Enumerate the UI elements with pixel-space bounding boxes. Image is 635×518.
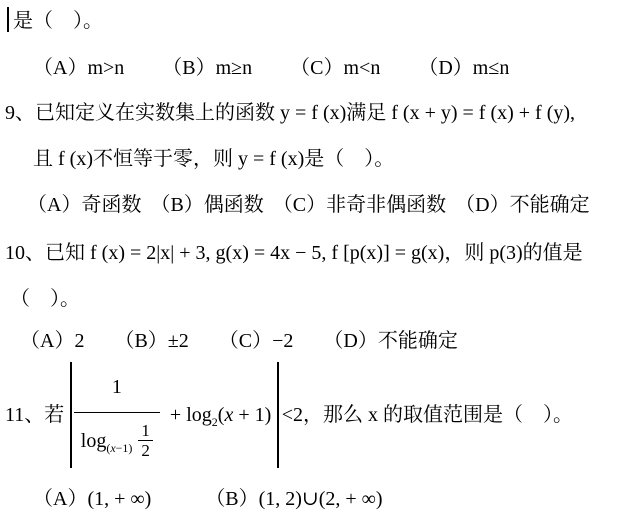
question10-options: （A）2 （B）±2 （C）−2 （D）不能确定 — [20, 328, 458, 354]
option-b: （B）±2 — [114, 328, 188, 354]
question11-formula-line: 11、若 1 log(x−1) 1 2 + log2(x + 1) <2，那么 … — [5, 362, 573, 468]
log-base-term: log(x−1) — [81, 428, 133, 454]
option-b: （B）偶函数 — [150, 192, 263, 218]
question8-options: （A）m>n （B）m≥n （C）m<n （D）m≤n — [33, 55, 509, 81]
question8-stem-end: 是（ ）。 — [13, 8, 103, 34]
fraction: 1 log(x−1) 1 2 — [74, 362, 160, 468]
option-c: （C）非奇非偶函数 — [273, 192, 446, 218]
nested-fraction: 1 2 — [138, 421, 153, 460]
option-a: （A）m>n — [33, 55, 124, 81]
question10-line2: （ ）。 — [10, 286, 80, 312]
option-c: （C）−2 — [219, 328, 294, 354]
fraction-denominator: log(x−1) 1 2 — [74, 412, 160, 468]
question11-prefix: 11、若 — [5, 402, 64, 428]
text-cursor — [7, 7, 9, 32]
option-d: （D）不能确定 — [455, 192, 589, 218]
option-a: （A）奇函数 — [27, 192, 141, 218]
option-d: （D）m≤n — [418, 55, 509, 81]
nested-fraction-numerator: 1 — [138, 421, 153, 440]
absolute-value-bar-right — [277, 362, 279, 468]
fraction-numerator: 1 — [74, 362, 160, 412]
nested-fraction-denominator: 2 — [138, 440, 153, 460]
option-a: （A）2 — [20, 328, 84, 354]
question9-options: （A）奇函数 （B）偶函数 （C）非奇非偶函数 （D）不能确定 — [27, 192, 590, 218]
option-a: （A）(1, + ∞) — [33, 486, 151, 512]
question11-options: （A）(1, + ∞) （B）(1, 2)∪(2, + ∞) — [33, 486, 383, 512]
option-b: （B）m≥n — [162, 55, 252, 81]
option-d: （D）不能确定 — [323, 328, 457, 354]
question11-rhs: <2，那么 x 的取值范围是（ ）。 — [282, 402, 573, 428]
log2-term: + log2(x + 1) — [170, 402, 271, 428]
question9-line2: 且 f (x)不恒等于零，则 y = f (x)是（ ）。 — [33, 146, 394, 172]
log-base-subscript: (x−1) — [106, 441, 132, 455]
document-page[interactable]: 是（ ）。 （A）m>n （B）m≥n （C）m<n （D）m≤n 9、已知定义… — [0, 0, 635, 518]
question10-line1: 10、已知 f (x) = 2|x| + 3, g(x) = 4x − 5, f… — [5, 240, 583, 266]
option-b: （B）(1, 2)∪(2, + ∞) — [205, 486, 382, 512]
question9-line1: 9、已知定义在实数集上的函数 y = f (x)满足 f (x + y) = f… — [5, 100, 575, 126]
option-c: （C）m<n — [290, 55, 380, 81]
absolute-value-bar-left — [70, 362, 72, 468]
